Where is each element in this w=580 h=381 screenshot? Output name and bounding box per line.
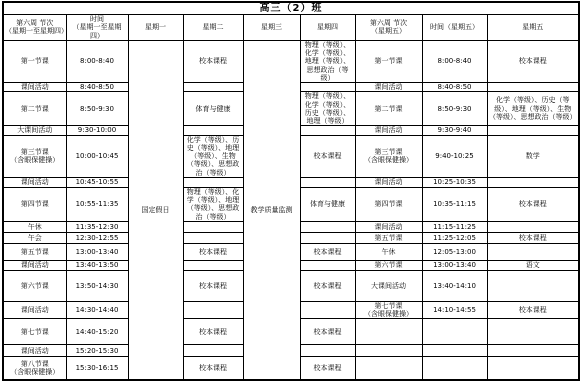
- cell-time-mon-thu: 14:40-15:20: [66, 319, 128, 345]
- cell-tuesday-subject: [183, 126, 243, 135]
- cell-thursday-subject: [300, 126, 355, 135]
- cell-tuesday-subject: [183, 221, 243, 232]
- cell-time-mon-thu: 10:00-10:45: [66, 135, 128, 177]
- cell-time-mon-thu: 14:30-14:40: [66, 301, 128, 319]
- cell-time-mon-thu: 12:30-12:55: [66, 232, 128, 243]
- timetable: 高三（2）班 第六周 节次 （星期一至星期四） 时间 （星期一至星期四） 星期一…: [2, 1, 580, 381]
- cell-friday-subject: 校本课程: [487, 40, 579, 82]
- cell-tuesday-subject: 校本课程: [183, 319, 243, 345]
- cell-thursday-subject: [300, 177, 355, 187]
- cell-friday-subject: [487, 177, 579, 187]
- cell-period-fri: 课间活动: [355, 177, 422, 187]
- cell-thursday-subject: 校本课程: [300, 135, 355, 177]
- cell-period-fri: 课间活动: [355, 83, 422, 92]
- cell-friday-subject: [487, 83, 579, 92]
- cell-time-mon-thu: 10:55-11:35: [66, 187, 128, 221]
- cell-thursday-subject: 校本课程: [300, 243, 355, 260]
- header-wednesday: 星期三: [243, 15, 300, 41]
- header-time-fri: 时间（星期五）: [422, 15, 487, 41]
- cell-time-fri: [422, 357, 487, 380]
- cell-friday-subject: [487, 243, 579, 260]
- cell-period-mon-thu: 课间活动: [3, 260, 66, 270]
- cell-friday-subject: [487, 221, 579, 232]
- cell-time-mon-thu: 13:40-13:50: [66, 260, 128, 270]
- cell-thursday-subject: [300, 221, 355, 232]
- cell-period-mon-thu: 第一节课: [3, 40, 66, 82]
- cell-time-mon-thu: 13:00-13:40: [66, 243, 128, 260]
- header-monday: 星期一: [128, 15, 183, 41]
- header-thursday: 星期四: [300, 15, 355, 41]
- cell-period-fri: 第一节课: [355, 40, 422, 82]
- cell-thursday-subject: [300, 301, 355, 319]
- cell-thursday-subject: 体育与健康: [300, 187, 355, 221]
- cell-period-fri: 午休: [355, 243, 422, 260]
- cell-friday-subject: [487, 345, 579, 357]
- cell-tuesday-subject: 体育与健康: [183, 92, 243, 126]
- cell-period-mon-thu: 午会: [3, 232, 66, 243]
- header-time-mon-thu: 时间 （星期一至星期四）: [66, 15, 128, 41]
- cell-tuesday-subject: [183, 83, 243, 92]
- cell-period-fri: 第五节课: [355, 232, 422, 243]
- cell-period-mon-thu: 第二节课: [3, 92, 66, 126]
- cell-friday-subject: 校本课程: [487, 232, 579, 243]
- cell-time-fri: [422, 319, 487, 345]
- cell-period-mon-thu: 第三节课 （含眼保健操）: [3, 135, 66, 177]
- cell-monday-holiday: 国定假日: [128, 40, 183, 380]
- cell-time-fri: 10:35-11:15: [422, 187, 487, 221]
- header-period-fri: 第六周 节次 （星期五）: [355, 15, 422, 41]
- cell-friday-subject: 校本课程: [487, 187, 579, 221]
- cell-friday-subject: [487, 126, 579, 135]
- cell-period-mon-thu: 课间活动: [3, 345, 66, 357]
- cell-time-mon-thu: 15:20-15:30: [66, 345, 128, 357]
- header-friday: 星期五: [487, 15, 579, 41]
- cell-tuesday-subject: 化学（等级）、历史（等级）、地理（等级）、生物（等级）、思想政治（等级）: [183, 135, 243, 177]
- cell-thursday-subject: [300, 260, 355, 270]
- cell-time-fri: 13:40-14:10: [422, 270, 487, 301]
- schedule-body: 第一节课8:00-8:40国定假日校本课程教学质量监测物理（等级）、化学（等级）…: [3, 40, 579, 380]
- cell-thursday-subject: 校本课程: [300, 357, 355, 380]
- cell-time-fri: 13:00-13:40: [422, 260, 487, 270]
- cell-tuesday-subject: [183, 260, 243, 270]
- cell-friday-subject: 校本课程: [487, 301, 579, 319]
- header-tuesday: 星期二: [183, 15, 243, 41]
- cell-period-mon-thu: 课间活动: [3, 301, 66, 319]
- header-period-mon-thu: 第六周 节次 （星期一至星期四）: [3, 15, 66, 41]
- cell-time-fri: 9:30-9:40: [422, 126, 487, 135]
- cell-period-fri: 第七节课 （含眼保健操）: [355, 301, 422, 319]
- cell-time-fri: 9:40-10:25: [422, 135, 487, 177]
- cell-tuesday-subject: [183, 301, 243, 319]
- cell-period-mon-thu: 大课间活动: [3, 126, 66, 135]
- cell-period-mon-thu: 第八节课 （含眼保健操）: [3, 357, 66, 380]
- cell-period-fri: [355, 319, 422, 345]
- cell-time-fri: 11:15-11:25: [422, 221, 487, 232]
- cell-time-mon-thu: 8:40-8:50: [66, 83, 128, 92]
- cell-tuesday-subject: 物理（等级）、化学（等级）、地理（等级）、思想政治（等级）: [183, 187, 243, 221]
- cell-thursday-subject: [300, 232, 355, 243]
- cell-time-fri: 10:25-10:35: [422, 177, 487, 187]
- cell-time-mon-thu: 8:50-9:30: [66, 92, 128, 126]
- cell-time-fri: 8:00-8:40: [422, 40, 487, 82]
- cell-time-fri: [422, 345, 487, 357]
- cell-tuesday-subject: [183, 232, 243, 243]
- cell-time-mon-thu: 11:35-12:30: [66, 221, 128, 232]
- cell-period-mon-thu: 第四节课: [3, 187, 66, 221]
- cell-tuesday-subject: 校本课程: [183, 40, 243, 82]
- cell-friday-subject: [487, 319, 579, 345]
- title-row: 高三（2）班: [3, 2, 579, 15]
- cell-tuesday-subject: 校本课程: [183, 270, 243, 301]
- cell-friday-subject: 数学: [487, 135, 579, 177]
- cell-time-mon-thu: 8:00-8:40: [66, 40, 128, 82]
- cell-thursday-subject: [300, 345, 355, 357]
- cell-tuesday-subject: [183, 177, 243, 187]
- cell-period-fri: 课间活动: [355, 126, 422, 135]
- header-row: 第六周 节次 （星期一至星期四） 时间 （星期一至星期四） 星期一 星期二 星期…: [3, 15, 579, 41]
- cell-time-fri: 11:25-12:05: [422, 232, 487, 243]
- cell-period-fri: 第六节课: [355, 260, 422, 270]
- cell-thursday-subject: 物理（等级）、化学（等级）、地理（等级）、思想政治（等级）: [300, 40, 355, 82]
- cell-time-mon-thu: 10:45-10:55: [66, 177, 128, 187]
- cell-period-mon-thu: 第七节课: [3, 319, 66, 345]
- cell-period-fri: 大课间活动: [355, 270, 422, 301]
- cell-time-fri: 8:50-9:30: [422, 92, 487, 126]
- cell-period-fri: [355, 345, 422, 357]
- cell-time-fri: 8:40-8:50: [422, 83, 487, 92]
- cell-friday-subject: [487, 270, 579, 301]
- cell-time-mon-thu: 13:50-14:30: [66, 270, 128, 301]
- cell-time-mon-thu: 15:30-16:15: [66, 357, 128, 380]
- cell-tuesday-subject: 校本课程: [183, 357, 243, 380]
- cell-friday-subject: 语文: [487, 260, 579, 270]
- cell-period-mon-thu: 午休: [3, 221, 66, 232]
- cell-period-mon-thu: 第五节课: [3, 243, 66, 260]
- cell-time-fri: 12:05-13:00: [422, 243, 487, 260]
- cell-period-fri: 第二节课: [355, 92, 422, 126]
- cell-period-fri: 第四节课: [355, 187, 422, 221]
- cell-thursday-subject: 校本课程: [300, 270, 355, 301]
- class-title: 高三（2）班: [3, 2, 579, 15]
- cell-thursday-subject: 校本课程: [300, 319, 355, 345]
- cell-wednesday-exam: 教学质量监测: [243, 40, 300, 380]
- cell-thursday-subject: [300, 83, 355, 92]
- cell-period-mon-thu: 第六节课: [3, 270, 66, 301]
- cell-period-fri: [355, 357, 422, 380]
- cell-tuesday-subject: [183, 345, 243, 357]
- cell-tuesday-subject: 校本课程: [183, 243, 243, 260]
- cell-period-mon-thu: 课间活动: [3, 177, 66, 187]
- cell-friday-subject: 化学（等级）、历史（等级）、地理（等级）、生物（等级）、思想政治（等级）: [487, 92, 579, 126]
- cell-thursday-subject: 物理（等级）、化学（等级）、历史（等级）、地理（等级）: [300, 92, 355, 126]
- cell-period-fri: 课间活动: [355, 221, 422, 232]
- schedule-page: 高三（2）班 第六周 节次 （星期一至星期四） 时间 （星期一至星期四） 星期一…: [0, 0, 580, 315]
- cell-period-fri: 第三节课 （含眼保健操）: [355, 135, 422, 177]
- cell-friday-subject: [487, 357, 579, 380]
- table-row: 第一节课8:00-8:40国定假日校本课程教学质量监测物理（等级）、化学（等级）…: [3, 40, 579, 82]
- cell-time-fri: 14:10-14:55: [422, 301, 487, 319]
- cell-time-mon-thu: 9:30-10:00: [66, 126, 128, 135]
- cell-period-mon-thu: 课间活动: [3, 83, 66, 92]
